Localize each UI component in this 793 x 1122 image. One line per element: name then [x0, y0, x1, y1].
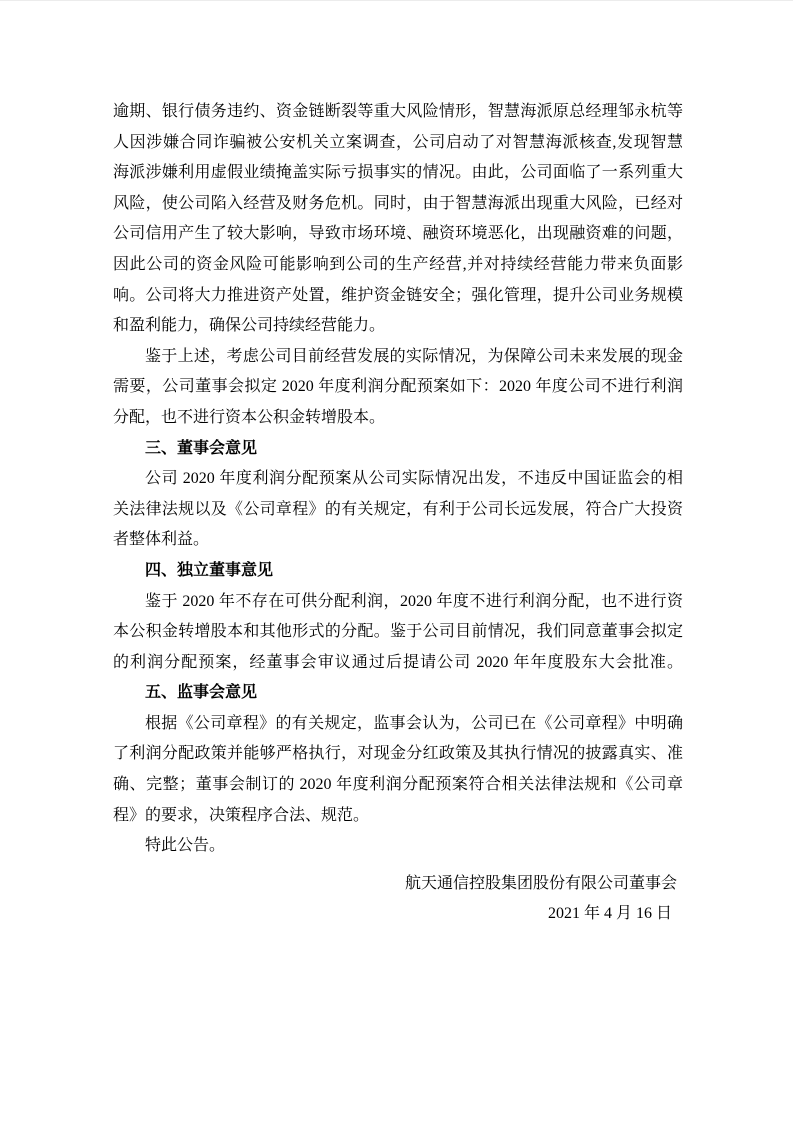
paragraph-distribution-proposal: 鉴于上述，考虑公司目前经营发展的实际情况，为保障公司未来发展的现金 需要，公司董… [113, 342, 683, 434]
text-line: 鉴于 2020 年不存在可供分配利润，2020 年度不进行利润分配，也不进行资 [113, 587, 683, 618]
text-line: 和盈利能力，确保公司持续经营能力。 [113, 311, 683, 342]
signature-date: 2021 年 4 月 16 日 [113, 899, 683, 930]
text-line: 逾期、银行债务违约、资金链断裂等重大风险情形，智慧海派原总经理邹永杭等 [113, 97, 683, 128]
announcement-body: 逾期、银行债务违约、资金链断裂等重大风险情形，智慧海派原总经理邹永杭等 人因涉嫌… [113, 97, 683, 930]
text-line: 了利润分配政策并能够严格执行，对现金分红政策及其执行情况的披露真实、准 [113, 739, 683, 770]
paragraph-risk-continuation: 逾期、银行债务违约、资金链断裂等重大风险情形，智慧海派原总经理邹永杭等 人因涉嫌… [113, 97, 683, 342]
text-line: 程》的要求，决策程序合法、规范。 [113, 801, 683, 832]
text-line: 响。公司将大力推进资产处置，维护资金链安全；强化管理，提升公司业务规模 [113, 281, 683, 312]
section-heading-independent-directors-opinion: 四、独立董事意见 [113, 556, 683, 587]
text-line: 因此公司的资金风险可能影响到公司的生产经营,并对持续经营能力带来负面影 [113, 250, 683, 281]
text-line: 的利润分配预案，经董事会审议通过后提请公司 2020 年年度股东大会批准。 [113, 648, 683, 679]
text-line: 根据《公司章程》的有关规定，监事会认为，公司已在《公司章程》中明确 [113, 709, 683, 740]
section-heading-board-opinion: 三、董事会意见 [113, 434, 683, 465]
closing-statement: 特此公告。 [113, 831, 683, 862]
paragraph-board-opinion: 公司 2020 年度利润分配预案从公司实际情况出发，不违反中国证监会的相 关法律… [113, 464, 683, 556]
paragraph-independent-directors-opinion: 鉴于 2020 年不存在可供分配利润，2020 年度不进行利润分配，也不进行资 … [113, 587, 683, 679]
text-line: 分配，也不进行资本公积金转增股本。 [113, 403, 683, 434]
text-line: 鉴于上述，考虑公司目前经营发展的实际情况，为保障公司未来发展的现金 [113, 342, 683, 373]
text-line: 人因涉嫌合同诈骗被公安机关立案调查，公司启动了对智慧海派核查,发现智慧 [113, 128, 683, 159]
text-line: 海派涉嫌利用虚假业绩掩盖实际亏损事实的情况。由此，公司面临了一系列重大 [113, 158, 683, 189]
document-page: 逾期、银行债务违约、资金链断裂等重大风险情形，智慧海派原总经理邹永杭等 人因涉嫌… [0, 0, 793, 1122]
text-line: 风险，使公司陷入经营及财务危机。同时，由于智慧海派出现重大风险，已经对 [113, 189, 683, 220]
text-line: 本公积金转增股本和其他形式的分配。鉴于公司目前情况，我们同意董事会拟定 [113, 617, 683, 648]
text-line: 公司 2020 年度利润分配预案从公司实际情况出发，不违反中国证监会的相 [113, 464, 683, 495]
section-heading-supervisory-board-opinion: 五、监事会意见 [113, 678, 683, 709]
text-line: 确、完整；董事会制订的 2020 年度利润分配预案符合相关法律法规和《公司章 [113, 770, 683, 801]
text-line: 关法律法规以及《公司章程》的有关规定，有利于公司长远发展，符合广大投资 [113, 495, 683, 526]
paragraph-supervisory-board-opinion: 根据《公司章程》的有关规定，监事会认为，公司已在《公司章程》中明确 了利润分配政… [113, 709, 683, 831]
text-line: 者整体利益。 [113, 525, 683, 556]
text-line: 需要，公司董事会拟定 2020 年度利润分配预案如下：2020 年度公司不进行利… [113, 372, 683, 403]
text-line: 公司信用产生了较大影响，导致市场环境、融资环境恶化，出现融资难的问题， [113, 219, 683, 250]
signature-company: 航天通信控股集团股份有限公司董事会 [113, 869, 683, 900]
